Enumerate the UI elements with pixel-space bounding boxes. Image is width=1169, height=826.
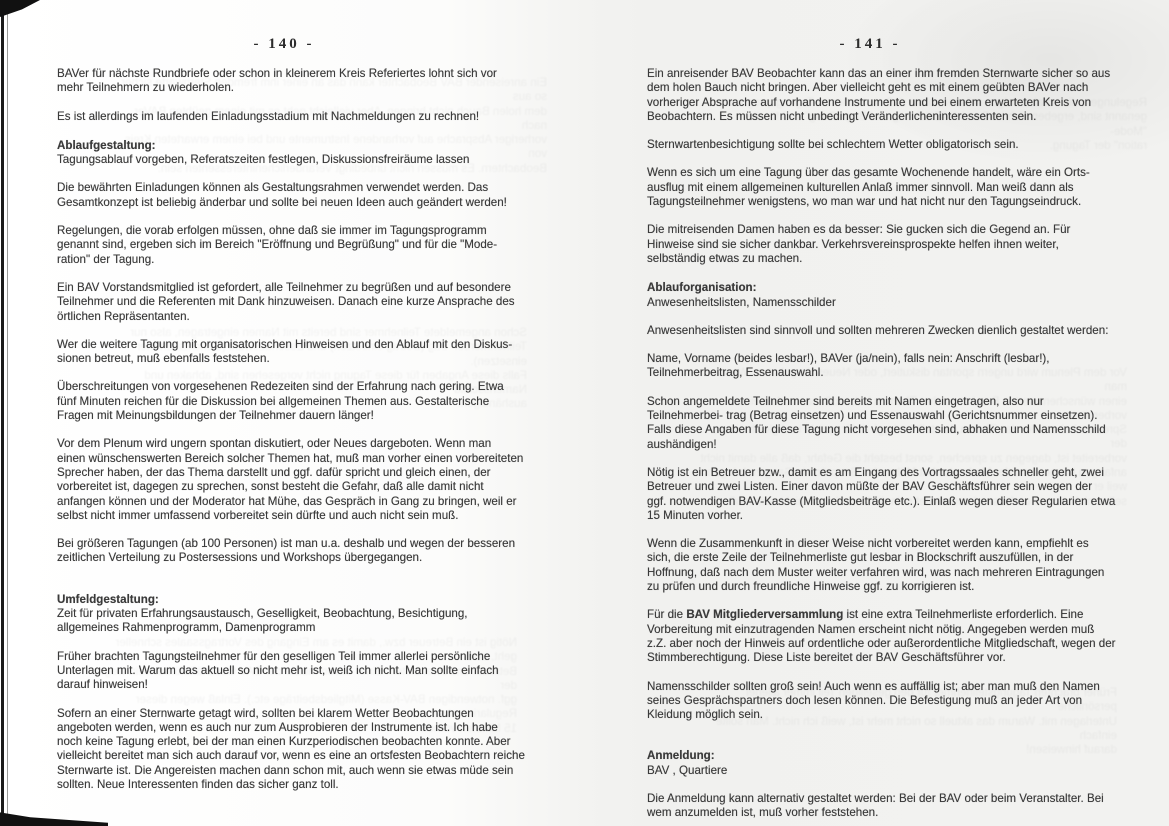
paragraph: Wenn die Zusammenkunft in dieser Weise n… [647,537,1159,594]
section-heading: Ablauforganisation: [647,281,1159,295]
paragraph: Wenn es sich um eine Tagung über das ges… [647,166,1159,209]
scan-corner-mark-top-left [0,0,40,17]
paragraph: Wer die weitere Tagung mit organisatoris… [57,338,563,367]
page-140: Ein anreisender BAV Beobachter kann das … [57,36,563,792]
scan-edge-line [1,0,4,826]
bold-term: BAV Mitgliederversammlung [686,608,843,621]
paragraph: Die bewährten Einladungen können als Ges… [57,181,563,210]
page-141: Regelungen, die vorab erfolgen müssen, o… [647,36,1159,821]
scanned-document: { "document_type": "scanned book spread"… [0,0,1169,826]
paragraph: Schon angemeldete Teilnehmer sind bereit… [647,395,1159,452]
paragraph: BAV , Quartiere [647,764,1159,778]
paragraph: Sofern an einer Sternwarte getagt wird, … [57,707,563,793]
paragraph: Regelungen, die vorab erfolgen müssen, o… [57,224,563,267]
section-heading: Anmeldung: [647,749,1159,763]
paragraph: Nötig ist ein Betreuer bzw., damit es am… [647,466,1159,523]
page-number: - 140 - [31,36,537,53]
scan-corner-mark-bottom-left [0,810,108,826]
paragraph: Tagungsablauf vorgeben, Referatszeiten f… [57,153,563,167]
scan-edge-line-inner [7,0,8,826]
section-heading: Umfeldgestaltung: [57,593,563,607]
paragraph: Anwesenheitslisten sind sinnvoll und sol… [647,324,1159,338]
paragraph: Ein BAV Vorstandsmitglied ist gefordert,… [57,281,563,324]
paragraph: Vor dem Plenum wird ungern spontan disku… [57,437,563,523]
paragraph: Früher brachten Tagungsteilnehmer für de… [57,650,563,693]
paragraph: Überschreitungen von vorgesehenen Redeze… [57,380,563,423]
paragraph: Die mitreisenden Damen haben es da besse… [647,223,1159,266]
paragraph: Bei größeren Tagungen (ab 100 Personen) … [57,537,563,566]
paragraph: Sternwartenbesichtigung sollte bei schle… [647,138,1159,152]
paragraph: Namensschilder sollten groß sein! Auch w… [647,680,1159,723]
paragraph: Die Anmeldung kann alternativ gestaltet … [647,792,1159,821]
paragraph: Anwesenheitslisten, Namensschilder [647,296,1159,310]
paragraph-text: Für die [647,608,686,621]
page-number: - 141 - [614,36,1126,53]
paragraph: Name, Vorname (beides lesbar!), BAVer (j… [647,352,1159,381]
paragraph: Ein anreisender BAV Beobachter kann das … [647,67,1159,124]
paragraph: Zeit für privaten Erfahrungsaustausch, G… [57,607,563,636]
paragraph: Es ist allerdings im laufenden Einladung… [57,110,563,124]
paragraph: BAVer für nächste Rundbriefe oder schon … [57,67,563,96]
section-heading: Ablaufgestaltung: [57,139,563,153]
paragraph-with-bold: Für die BAV Mitgliederversammlung ist ei… [647,608,1159,665]
